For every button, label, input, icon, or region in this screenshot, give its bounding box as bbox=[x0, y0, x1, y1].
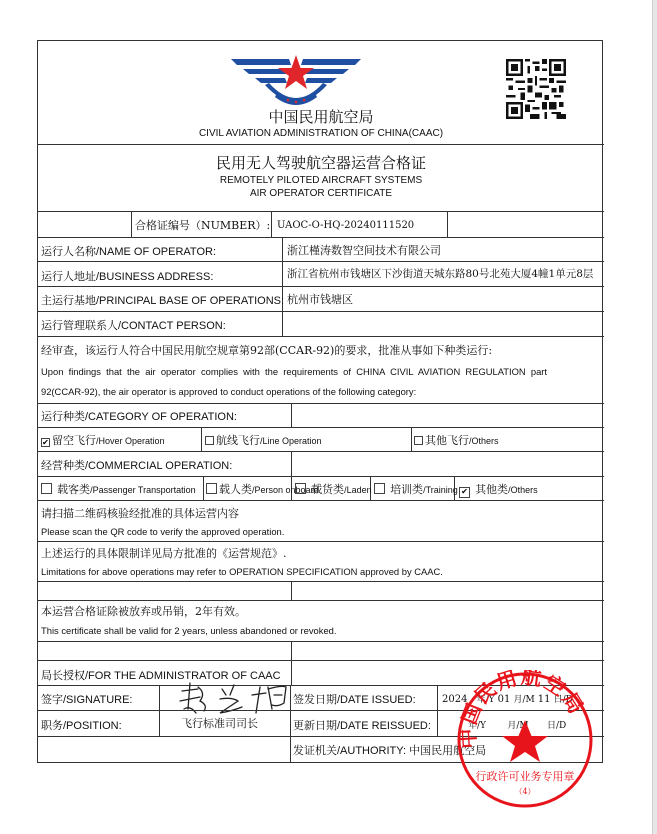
limitations-en: Limitations for above operations may ref… bbox=[41, 565, 443, 578]
qr-note-en: Please scan the QR code to verify the ap… bbox=[41, 525, 284, 538]
checkbox-icon[interactable] bbox=[374, 483, 385, 494]
certificate-title-en-2: AIR OPERATOR CERTIFICATE bbox=[38, 187, 604, 200]
checkbox-icon[interactable] bbox=[206, 483, 217, 494]
commercial-option-laden[interactable]: 载货类/Laden bbox=[295, 483, 372, 497]
business-address-value: 浙江省杭州市钱塘区下沙街道天城东路80号北苑大厦4幢1单元8层 bbox=[287, 268, 593, 281]
commercial-label: 经营种类/COMMERCIAL OPERATION: bbox=[41, 459, 232, 473]
certificate-title-en-1: REMOTELY PILOTED AIRCRAFT SYSTEMS bbox=[38, 174, 604, 187]
checkbox-icon[interactable] bbox=[205, 436, 214, 445]
seal-inner-text: 行政许可业务专用章 bbox=[476, 769, 575, 783]
category-label: 运行种类/CATEGORY OF OPERATION: bbox=[41, 410, 237, 424]
commercial-option-training[interactable]: 培训类/Training bbox=[374, 483, 458, 497]
scrollbar[interactable] bbox=[652, 0, 657, 834]
category-option-hover[interactable]: ✔留空飞行/Hover Operation bbox=[41, 434, 165, 448]
position-label: 职务/POSITION: bbox=[41, 719, 122, 733]
qr-code-icon[interactable] bbox=[506, 59, 566, 119]
commercial-option-passenger[interactable]: 载客类/Passenger Transportation bbox=[41, 483, 196, 497]
operator-name-label: 运行人名称/NAME OF OPERATOR: bbox=[41, 245, 216, 259]
findings-en-1: Upon findings that the air operator comp… bbox=[41, 365, 547, 378]
validity-cn: 本运营合格证除被放弃或吊销，2年有效。 bbox=[41, 605, 246, 618]
limitations-cn: 上述运行的具体限制详见局方批准的《运营规范》. bbox=[41, 547, 287, 560]
caac-logo-icon bbox=[231, 53, 361, 109]
certificate-number-value: UAOC-O-HQ-20240111520 bbox=[277, 219, 414, 232]
checkbox-icon[interactable] bbox=[414, 436, 423, 445]
certificate-title-cn: 民用无人驾驶航空器运营合格证 bbox=[38, 155, 604, 172]
seal-star-icon bbox=[502, 720, 548, 762]
principal-base-value: 杭州市钱塘区 bbox=[287, 293, 353, 306]
seal-number: （4） bbox=[514, 787, 535, 796]
checkbox-checked-icon[interactable]: ✔ bbox=[459, 487, 470, 498]
principal-base-label: 主运行基地/PRINCIPAL BASE OF OPERATIONS: bbox=[41, 294, 284, 308]
commercial-option-others[interactable]: ✔ 其他类/Others bbox=[459, 483, 538, 498]
certificate-number-label: 合格证编号（NUMBER）: bbox=[135, 219, 270, 232]
qr-note-cn: 请扫描二维码核验经批准的具体运营内容 bbox=[41, 507, 239, 520]
org-name-en: CIVIL AVIATION ADMINISTRATION OF CHINA(C… bbox=[38, 127, 604, 140]
operator-name-value: 浙江槿涛数智空间技术有限公司 bbox=[287, 244, 441, 257]
checkbox-icon[interactable] bbox=[41, 483, 52, 494]
validity-en: This certificate shall be valid for 2 ye… bbox=[41, 624, 336, 637]
checkbox-icon[interactable] bbox=[295, 483, 306, 494]
findings-en-2: 92(CCAR-92), the air operator is approve… bbox=[41, 385, 416, 398]
signature-label: 签字/SIGNATURE: bbox=[41, 693, 132, 707]
business-address-label: 运行人地址/BUSINESS ADDRESS: bbox=[41, 270, 213, 284]
certificate-sheet: 中国民用航空局 CIVIL AVIATION ADMINISTRATION OF… bbox=[37, 40, 603, 763]
official-red-seal: 中国民用航空局 行政许可业务专用章 （4） bbox=[455, 670, 595, 810]
date-reissued-label: 更新日期/DATE REISSUED: bbox=[293, 719, 431, 733]
findings-cn: 经审查，该运行人符合中国民用航空规章第92部(CCAR-92)的要求，批准从事如… bbox=[41, 344, 492, 357]
contact-person-label: 运行管理联系人/CONTACT PERSON: bbox=[41, 319, 226, 333]
checkbox-checked-icon[interactable]: ✔ bbox=[41, 438, 50, 447]
category-option-others[interactable]: 其他飞行/Others bbox=[414, 434, 499, 448]
date-issued-label: 签发日期/DATE ISSUED: bbox=[293, 693, 416, 707]
category-option-line[interactable]: 航线飞行/Line Operation bbox=[205, 434, 322, 448]
handwritten-signature bbox=[176, 679, 294, 719]
position-value: 飞行标准司司长 bbox=[181, 717, 258, 730]
